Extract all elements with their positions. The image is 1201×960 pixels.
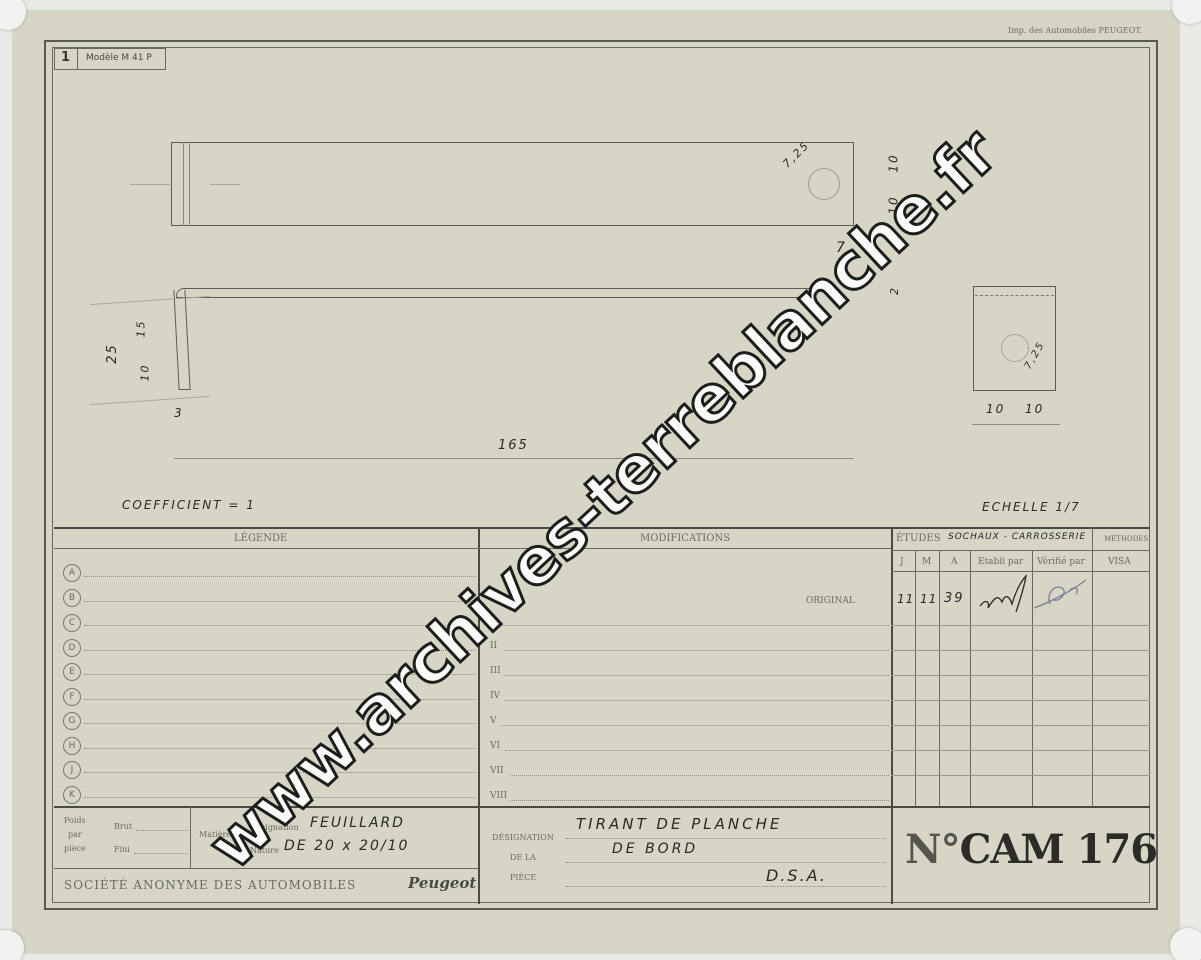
dim-165: 165: [498, 438, 529, 453]
date-month: 11: [920, 592, 937, 606]
col-visa: VISA: [1108, 557, 1131, 567]
etudes-location: SOCHAUX - CARROSSERIE: [948, 532, 1086, 542]
legende-marker-k: K: [63, 786, 81, 804]
part-name-line2: DE BORD: [612, 841, 698, 857]
mod-row-vii: VII: [490, 766, 504, 776]
nature-value: DE 20 x 20/10: [284, 838, 409, 854]
etudes-label: ÉTUDES: [896, 533, 941, 544]
date-year: 39: [944, 591, 965, 606]
signature-verifie: [1030, 574, 1090, 614]
legende-marker-j: J: [63, 761, 81, 779]
part-side-view: [176, 288, 816, 298]
legende-marker-c: C: [63, 614, 81, 632]
legende-marker-a: A: [63, 564, 81, 582]
modifications-title: MODIFICATIONS: [640, 533, 730, 544]
dim-25: 25: [105, 343, 120, 364]
part-number-prefix: N°: [905, 826, 960, 873]
mod-row-v: V: [490, 716, 497, 726]
part-number: N°CAM 176: [905, 826, 1157, 873]
part-number-code: CAM 176: [960, 826, 1158, 873]
mod-row-iii: III: [490, 666, 501, 676]
mod-row-iv: IV: [490, 691, 500, 701]
dim-2: 2: [888, 286, 901, 295]
designation-piece-label: DÉSIGNATIONDE LAPIÈCE: [489, 828, 557, 888]
company-name: SOCIÉTÉ ANONYME DES AUTOMOBILES: [64, 878, 356, 892]
legende-marker-f: F: [63, 688, 81, 706]
legende-marker-d: D: [63, 639, 81, 657]
fini-field: [134, 853, 188, 854]
dim-3: 3: [174, 406, 184, 420]
methodes-label: MÉTHODES: [1104, 535, 1148, 543]
legende-title: LÉGENDE: [234, 533, 287, 544]
coefficient-note: COEFFICIENT = 1: [122, 498, 256, 512]
scale-note: ECHELLE 1/7: [982, 500, 1081, 514]
dim-line-165: [174, 458, 854, 459]
peugeot-logo: Peugeot: [408, 874, 476, 892]
dim-15: 15: [135, 320, 148, 338]
brut-label: Brut: [114, 822, 132, 831]
legende-marker-e: E: [63, 663, 81, 681]
original-label: ORIGINAL: [806, 596, 855, 606]
legende-marker-h: H: [63, 737, 81, 755]
dim-10-left: 10: [139, 364, 152, 382]
poids-label: Poidsparpièce: [64, 814, 86, 856]
part-top-view: [171, 142, 854, 226]
model-label: Modèle M 41 P: [86, 53, 152, 63]
mounting-hole: [808, 168, 840, 200]
brut-field: [136, 830, 188, 831]
legende-marker-g: G: [63, 712, 81, 730]
printer-credit: Imp. des Automobiles PEUGEOT.: [1008, 26, 1142, 35]
part-name-line1: TIRANT DE PLANCHE: [576, 815, 782, 833]
col-annee: A: [951, 557, 958, 567]
dim-10-top: 10: [887, 153, 901, 172]
signature-etabli: [976, 568, 1032, 616]
mod-row-viii: VIII: [490, 791, 507, 801]
legende-marker-b: B: [63, 589, 81, 607]
mod-row-vi: VI: [490, 741, 500, 751]
col-jour: J: [900, 557, 904, 567]
designation-value: FEUILLARD: [310, 815, 405, 831]
dim-side-10b: 10: [1025, 402, 1044, 416]
pushpin-bottom-right: [1170, 928, 1201, 960]
col-mois: M: [922, 557, 931, 567]
sheet-number: 1: [61, 50, 70, 65]
dim-side-10a: 10: [986, 402, 1005, 416]
date-day: 11: [897, 592, 914, 606]
end-view-hole: [1001, 334, 1029, 362]
col-verifie-par: Vérifié par: [1037, 557, 1085, 567]
fini-label: Fini: [114, 845, 130, 854]
col-etabli-par: Etabli par: [978, 557, 1023, 567]
part-name-line3: D.S.A.: [766, 866, 827, 885]
